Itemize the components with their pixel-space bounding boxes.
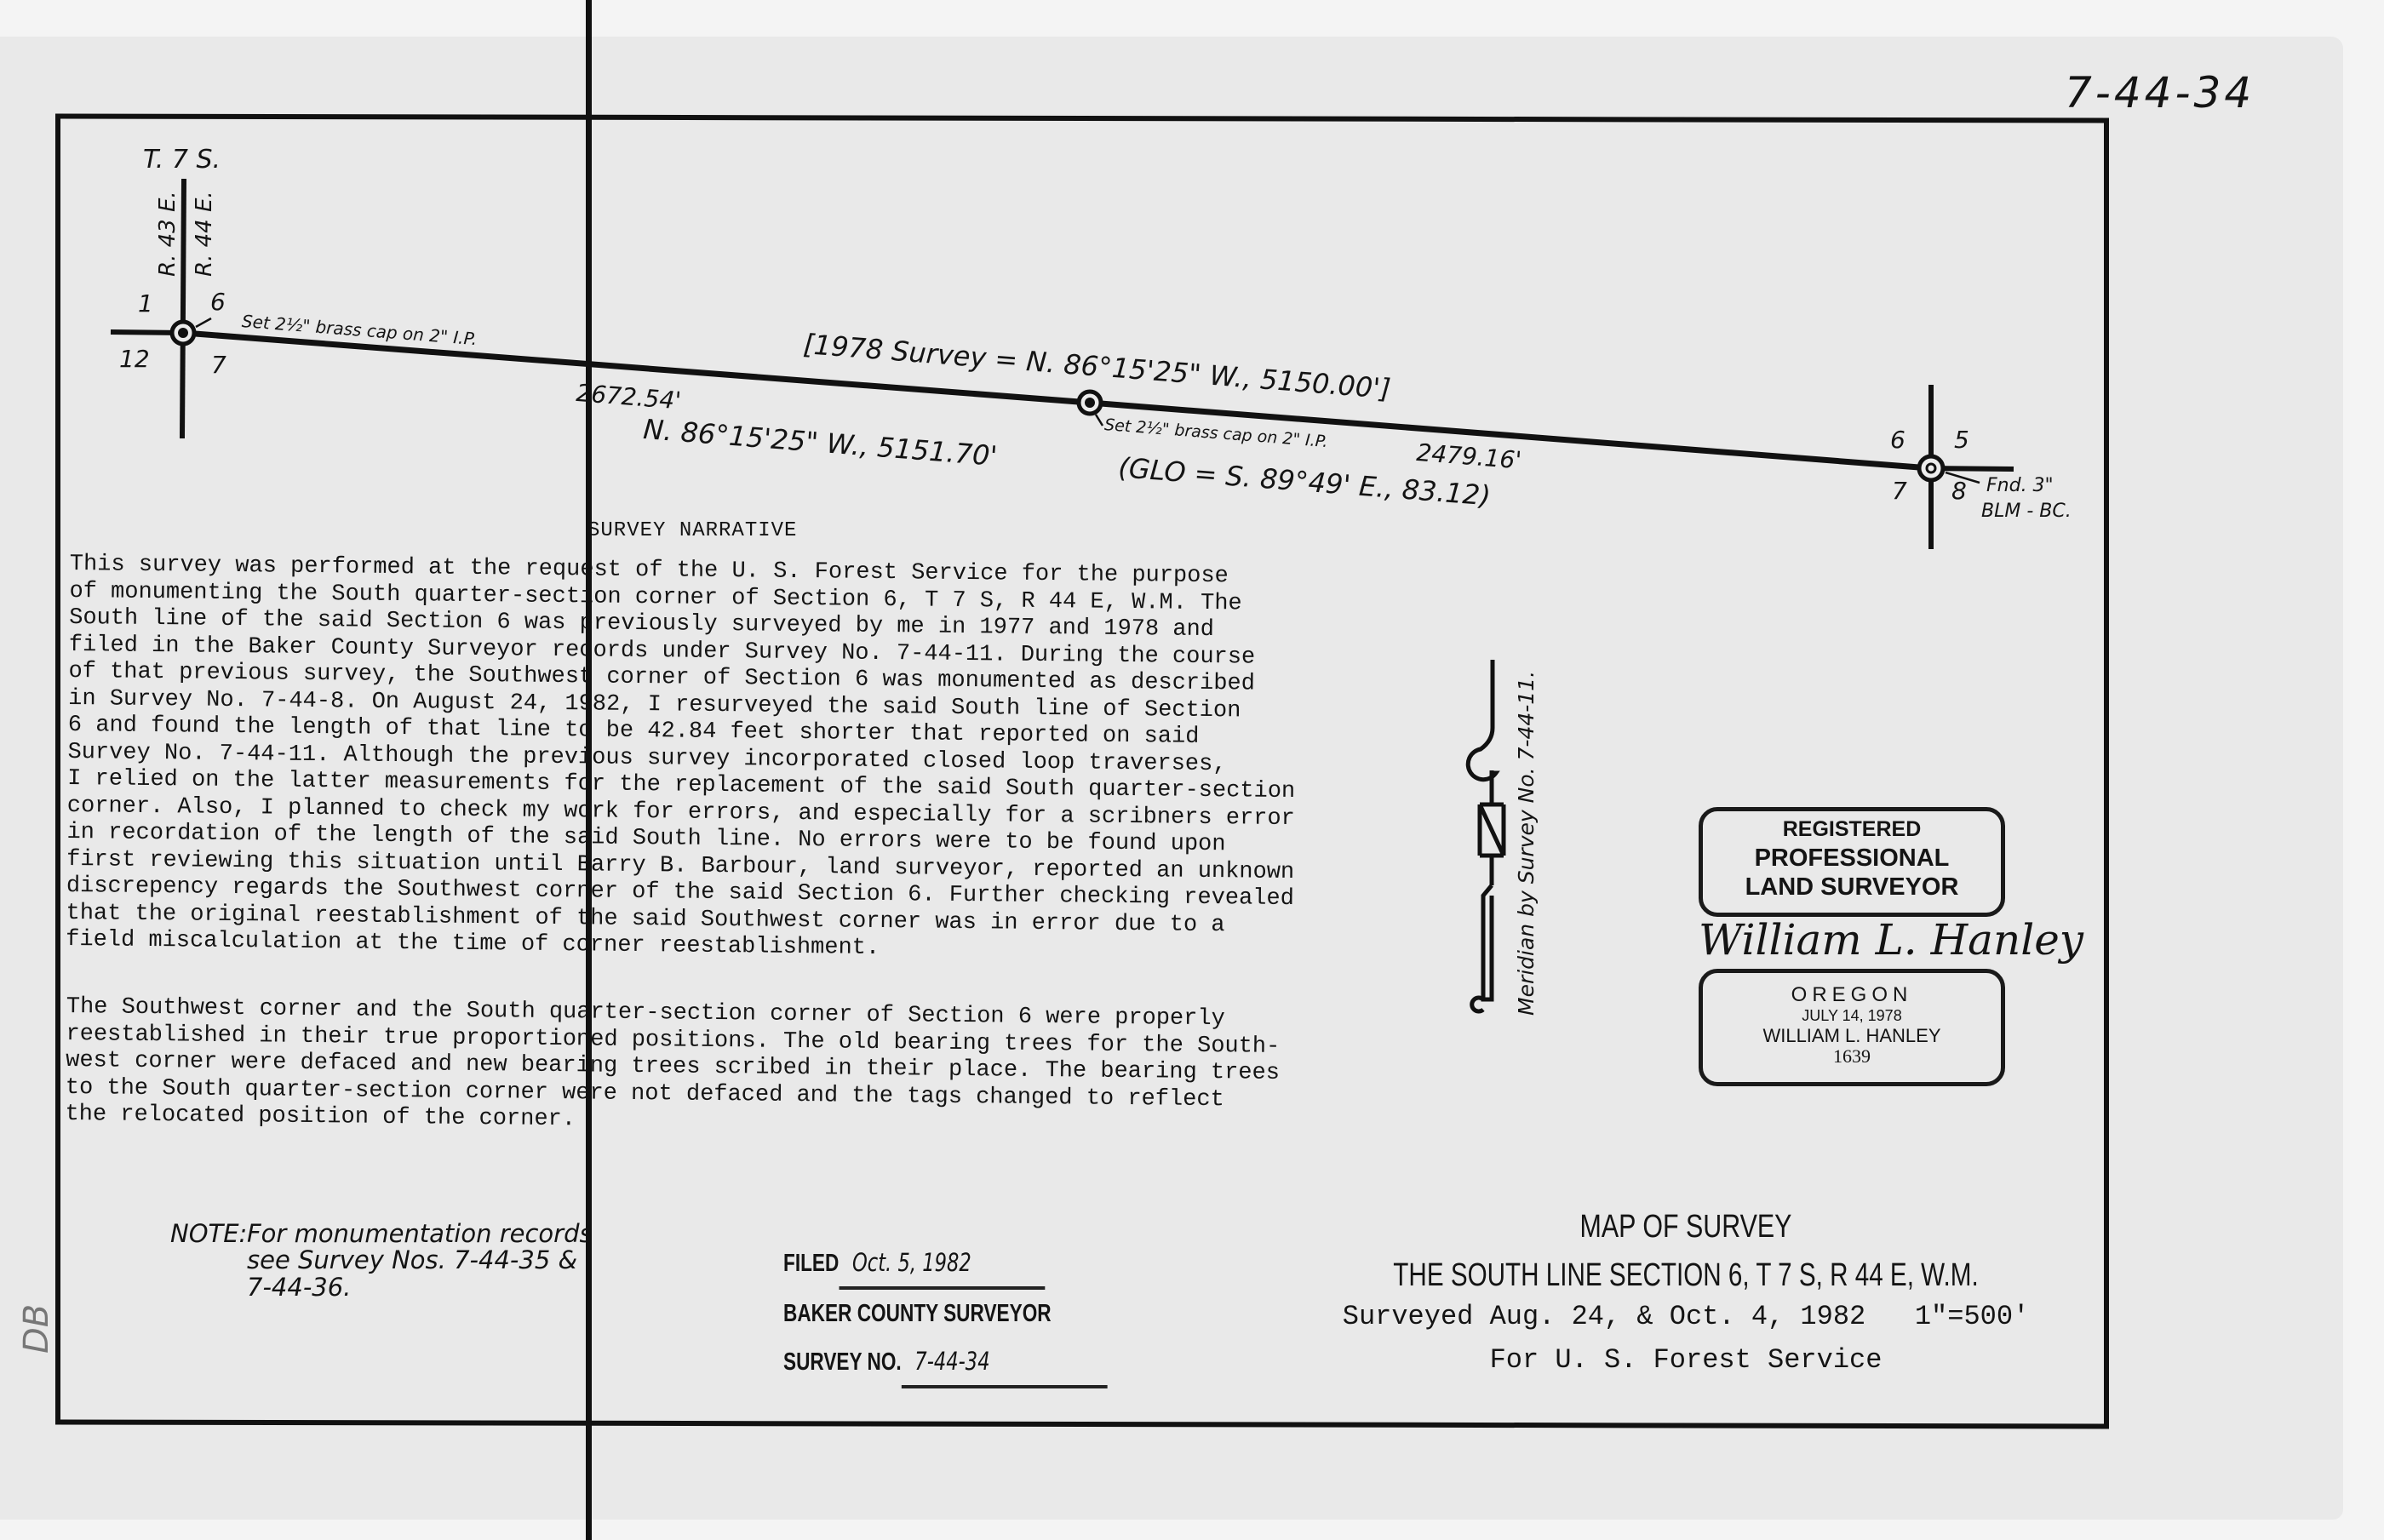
filed-label: FILED: [783, 1250, 839, 1277]
narrative-paragraph-2: The Southwest corner and the South quart…: [65, 994, 1280, 1141]
filing-block: FILEDOct. 5, 1982 BAKER COUNTY SURVEYOR …: [783, 1239, 1108, 1388]
client: For U. S. Forest Service: [1294, 1344, 2077, 1376]
narrative-paragraph-1: This survey was performed at the request…: [66, 552, 1347, 967]
section-label: 1: [138, 289, 153, 318]
section-label: 5: [1954, 426, 1969, 454]
quarter-corner-monument-icon: [1079, 392, 1101, 414]
survey-dates: Surveyed Aug. 24, & Oct. 4, 1982: [1343, 1301, 1866, 1332]
map-scale: 1"=500': [1915, 1301, 2029, 1332]
section-label: 7: [211, 351, 226, 379]
survey-dates-scale: Surveyed Aug. 24, & Oct. 4, 1982 1"=500': [1294, 1301, 2077, 1332]
sw-corner-monument-icon: [172, 322, 194, 344]
section-label: 7: [1892, 477, 1907, 505]
note-line: see Survey Nos. 7-44-35 &: [247, 1245, 577, 1274]
note-label: NOTE:: [170, 1219, 247, 1248]
registration-stamp-bottom: OREGON JULY 14, 1978 WILLIAM L. HANLEY 1…: [1699, 969, 2005, 1086]
narrative-title: SURVEY NARRATIVE: [587, 519, 797, 542]
surveyor-signature: William L. Hanley: [1699, 915, 2083, 965]
se-monument-note-1: Fnd. 3": [1986, 475, 2054, 496]
survey-no-label: SURVEY NO.: [783, 1348, 902, 1376]
se-monument-note-2: BLM - BC.: [1981, 501, 2072, 522]
filing-office: BAKER COUNTY SURVEYOR: [783, 1290, 1108, 1337]
section-label: 6: [1890, 426, 1905, 454]
filed-date: Oct. 5, 1982: [839, 1239, 1045, 1290]
meridian-arrow-icon: [1468, 660, 1504, 1011]
stamp-line: WILLIAM L. HANLEY: [1703, 1026, 2001, 1046]
section-label: 6: [210, 288, 226, 316]
map-subject: THE SOUTH LINE SECTION 6, T 7 S, R 44 E,…: [1380, 1257, 1991, 1294]
stamp-line: REGISTERED: [1703, 815, 2001, 844]
survey-no-value: 7-44-34: [902, 1337, 1108, 1388]
note-line: For monumentation records: [247, 1219, 593, 1248]
stamp-line: LAND SURVEYOR: [1703, 873, 2001, 902]
title-block: MAP OF SURVEY THE SOUTH LINE SECTION 6, …: [1294, 1209, 2077, 1376]
map-title: MAP OF SURVEY: [1373, 1209, 1999, 1245]
margin-initials: DB: [17, 1304, 56, 1354]
stamp-line: 1639: [1703, 1046, 2001, 1067]
stamp-line: JULY 14, 1978: [1703, 1005, 2001, 1026]
section-label: 12: [119, 345, 150, 373]
se-corner-monument-icon: [1919, 456, 1943, 480]
range-west-label: R. 43 E.: [155, 191, 181, 277]
scan-artifact-line: [586, 0, 592, 1540]
range-east-label: R. 44 E.: [192, 191, 217, 277]
township-label: T. 7 S.: [143, 145, 221, 175]
note-line: 7-44-36.: [247, 1273, 351, 1302]
registration-stamp-top: REGISTERED PROFESSIONAL LAND SURVEYOR: [1699, 807, 2005, 917]
stamp-line: OREGON: [1703, 985, 2001, 1005]
stamp-line: PROFESSIONAL: [1703, 844, 2001, 873]
section-label: 8: [1951, 477, 1967, 505]
meridian-note: Meridian by Survey No. 7-44-11.: [1514, 671, 1539, 1016]
